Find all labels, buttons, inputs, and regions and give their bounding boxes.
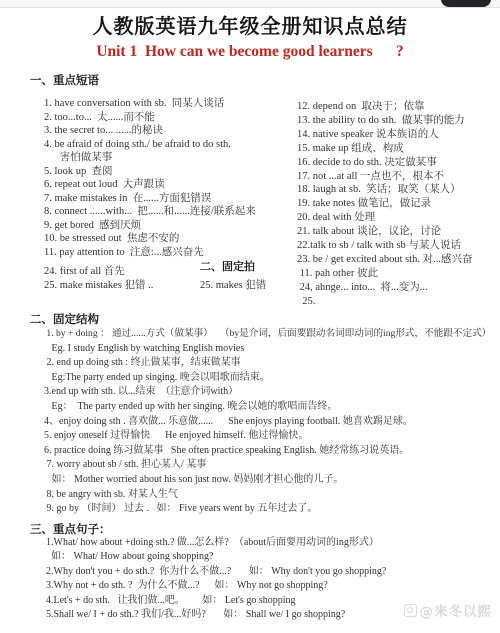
structure-line: 5. enjoy oneself 过得愉快 He enjoyed himself… xyxy=(44,429,500,444)
phrase-line: 3. the secret to... ......的秘诀 xyxy=(44,124,264,138)
phrase-line: 12. depend on 取决于；依靠 xyxy=(297,100,497,114)
structure-line: 8. be angry with sb. 对某人生气 xyxy=(44,488,500,503)
section-structures-heading: 二、固定结构 xyxy=(30,311,99,327)
watermark: @来冬以熙 xyxy=(404,600,493,620)
structure-line: 如： Mother worried about his son just now… xyxy=(44,473,500,488)
structure-line: 1. by + doing ： 通过......方式（做某事） （by是介词，后… xyxy=(44,327,500,342)
sentence-line: 3.Why not + do sth. ? 为什么不做...? 如： Why n… xyxy=(46,579,500,593)
phrase-line: 13. the ability to do sth. 做某事的能力 xyxy=(297,114,497,128)
structure-line: 7. worry about sb / sth. 担心某人/ 某事 xyxy=(44,458,500,473)
structure-line: 4、enjoy doing sth . 喜欢做... 乐意做...... She… xyxy=(44,415,500,430)
camera-notch xyxy=(441,0,491,7)
sentence-line: 2.Why don't you + do sth.? 你为什么不做...? 如：… xyxy=(46,565,500,579)
phrase-line: 21. talk about 谈论，议论，讨论 xyxy=(297,225,497,239)
phrase-line: 9. get bored 感到厌烦 xyxy=(44,219,264,233)
phrase-line: 5. look up 查阅 xyxy=(44,165,264,179)
phrase-line: 6. repeat out loud 大声跟读 xyxy=(44,178,264,192)
phrase-line: 23. be / get excited about sth. 对...感兴奋 xyxy=(297,253,497,267)
phrase-line: 4. be afraid of doing sth./ be afraid to… xyxy=(44,138,264,152)
section-sentences-heading: 三、重点句子： xyxy=(30,521,111,537)
phrase-line: 24, ahnge... into... 将...变为... xyxy=(297,281,497,295)
structures-list: 1. by + doing ： 通过......方式（做某事） （by是介词，后… xyxy=(44,327,500,517)
unit-title: Unit 1 How can we become good learners ? xyxy=(0,43,500,61)
phrase-line: 2. too...to... 太......而不能 xyxy=(44,111,264,125)
structure-line: 6. practice doing 练习做某事 She often practi… xyxy=(44,444,500,459)
sentence-line: 1.What/ how about +doing sth.? 做...怎么样? … xyxy=(46,536,500,550)
watermark-logo-icon xyxy=(404,604,417,617)
top-strip xyxy=(0,0,500,8)
phrase-line: 19. take notes 做笔记，做记录 xyxy=(297,197,497,211)
phrase-line: 害怕做某事 xyxy=(44,151,264,165)
phrase-line: 22.talk to sb / talk with sb 与某人说话 xyxy=(297,239,497,253)
sentence-line: 如： What/ How about going shopping? xyxy=(46,550,500,564)
section-phrases-heading: 一、重点短语 xyxy=(30,72,99,88)
phrase-line: 14. native speaker 说本族语的人 xyxy=(297,128,497,142)
structure-line: 2. end up doing sth : 终止做某事，结束做某事 xyxy=(44,356,500,371)
phrase-list-right: 12. depend on 取决于；依靠 13. the ability to … xyxy=(297,100,497,309)
structure-line: Eg： The party ended up with her singing.… xyxy=(44,400,500,415)
phrase-line: 20. deal with 处理 xyxy=(297,211,497,225)
phrase-line: 25. makes 犯错 xyxy=(200,277,266,292)
phrase-line: 10. be stressed out 焦虑不安的 xyxy=(44,232,264,246)
phrase-line: 17. not ...at all 一点也不，根本不 xyxy=(297,170,497,184)
watermark-text: @来冬以熙 xyxy=(420,600,493,620)
phrase-line: 11. pay attention to 注意:...感兴奋先 xyxy=(44,246,264,260)
phrase-line: 8. connect ......with... 把......和......连… xyxy=(44,205,264,219)
phrase-line: 7. make mistakes in 在......方面犯错误 xyxy=(44,192,264,206)
structure-line: Eg. I study English by watching English … xyxy=(44,342,500,357)
phrase-line: 25. xyxy=(297,295,497,309)
phrase-line: 11. pah other 彼此 xyxy=(297,267,497,281)
phrase-line: 18. laugh at sb. 笑话；取笑（某人） xyxy=(297,183,497,197)
structure-line: 9. go by （时间） 过去 . 如： Five years went by… xyxy=(44,502,500,517)
structure-line: 3.end up with sth. 以...结束 （注意介词with） xyxy=(44,385,500,400)
gutter-heading-block: 二、固定拍 25. makes 犯错 xyxy=(200,258,266,292)
page-title: 人教版英语九年级全册知识点总结 xyxy=(0,10,500,39)
phrase-line: 15. make up 组成、构成 xyxy=(297,142,497,156)
phrase-line: 16. decide to do sth. 决定做某事 xyxy=(297,156,497,170)
structure-line: Eg:The party ended up singing. 晚会以唱歌而结束。 xyxy=(44,371,500,386)
phrase-line: 1. have conversation with sb. 同某人谈话 xyxy=(44,97,264,111)
section-collocation-heading: 二、固定拍 xyxy=(200,258,266,274)
